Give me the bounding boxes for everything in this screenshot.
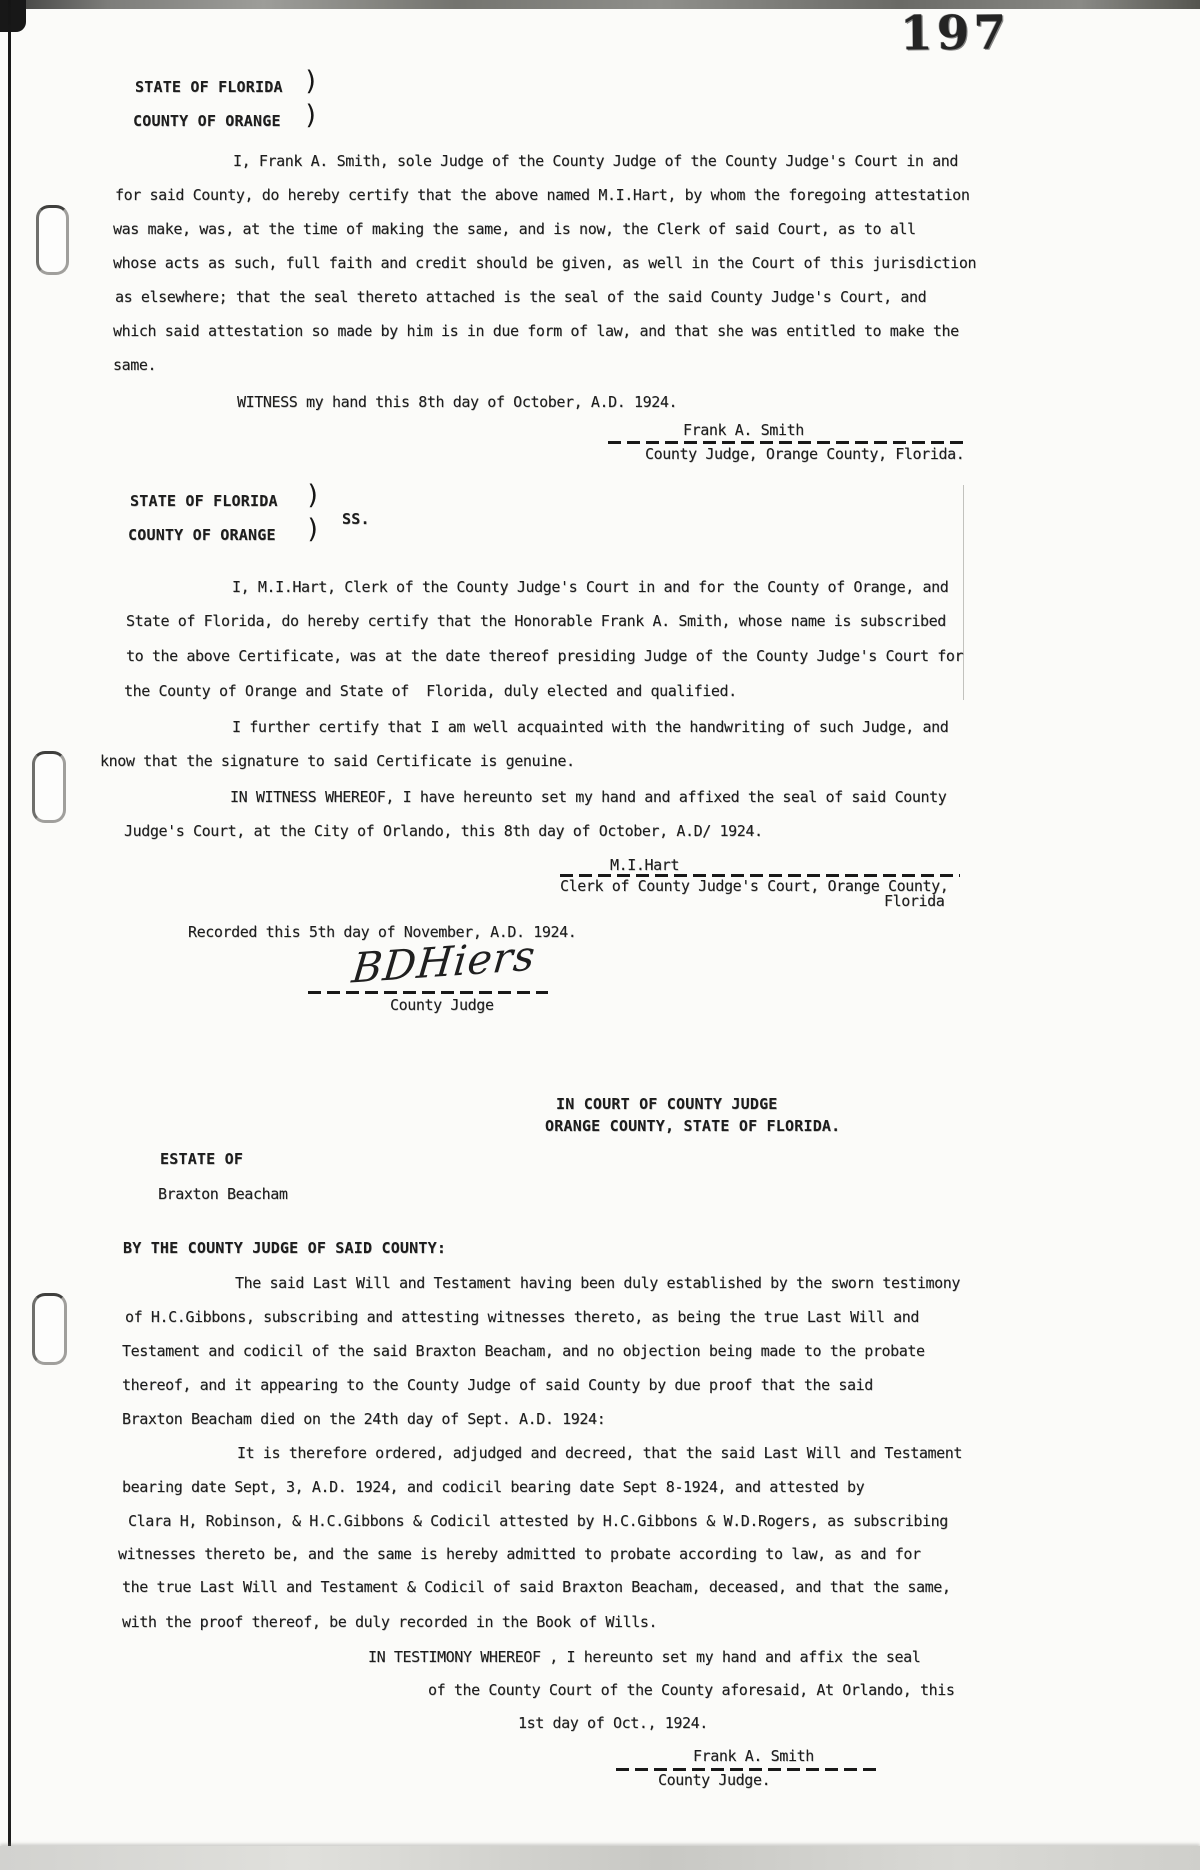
order-line: The said Last Will and Testament having … xyxy=(235,1274,960,1292)
signature-name: M.I.Hart xyxy=(610,856,679,874)
testimony-line: IN TESTIMONY WHEREOF , I hereunto set my… xyxy=(368,1648,920,1666)
order-line: with the proof thereof, be duly recorded… xyxy=(122,1613,657,1631)
venue-state-line: STATE OF FLORIDA xyxy=(130,492,278,510)
certificate-line: same. xyxy=(113,356,156,374)
certificate-line: State of Florida, do hereby certify that… xyxy=(126,612,946,630)
signature-title: Florida xyxy=(884,892,944,910)
certificate-line: I, Frank A. Smith, sole Judge of the Cou… xyxy=(233,152,958,170)
court-header-line: IN COURT OF COUNTY JUDGE xyxy=(556,1095,778,1113)
certificate-line: the County of Orange and State of Florid… xyxy=(124,682,737,700)
hole-punch xyxy=(36,205,69,275)
scan-fold-line xyxy=(963,485,964,700)
order-line: Clara H, Robinson, & H.C.Gibbons & Codic… xyxy=(128,1512,948,1530)
decedent-name: Braxton Beacham xyxy=(158,1185,287,1203)
paren-mark: ) xyxy=(303,100,319,131)
signature-name: Frank A. Smith xyxy=(693,1747,814,1765)
paren-mark: ) xyxy=(305,514,321,545)
certificate-line: IN WITNESS WHEREOF, I have hereunto set … xyxy=(230,788,946,806)
order-line: Braxton Beacham died on the 24th day of … xyxy=(122,1410,605,1428)
hole-punch xyxy=(32,1293,67,1365)
order-caption: BY THE COUNTY JUDGE OF SAID COUNTY: xyxy=(123,1239,446,1257)
scan-edge-top xyxy=(0,0,1200,9)
page-number-stamp: 197 xyxy=(900,6,1011,62)
order-line: the true Last Will and Testament & Codic… xyxy=(122,1578,951,1596)
certificate-line: for said County, do hereby certify that … xyxy=(115,186,969,204)
certificate-line: as elsewhere; that the seal thereto atta… xyxy=(115,288,926,306)
estate-label: ESTATE OF xyxy=(160,1150,243,1168)
order-line: Testament and codicil of the said Braxto… xyxy=(122,1342,925,1360)
certificate-line: which said attestation so made by him is… xyxy=(113,322,959,340)
order-line: witnesses thereto be, and the same is he… xyxy=(118,1545,921,1563)
venue-state-line: STATE OF FLORIDA xyxy=(135,78,283,96)
signature-rule xyxy=(608,441,968,444)
scan-corner-mark xyxy=(0,0,26,32)
certificate-line: was make, was, at the time of making the… xyxy=(113,220,916,238)
hole-punch xyxy=(32,751,66,823)
scan-edge-bottom xyxy=(0,1846,1200,1870)
witness-clause: WITNESS my hand this 8th day of October,… xyxy=(237,393,677,411)
certificate-line: whose acts as such, full faith and credi… xyxy=(113,254,976,272)
certificate-line: I further certify that I am well acquain… xyxy=(232,718,948,736)
venue-county-line: COUNTY OF ORANGE xyxy=(128,526,276,544)
order-line: of H.C.Gibbons, subscribing and attestin… xyxy=(125,1308,919,1326)
court-header-line: ORANGE COUNTY, STATE OF FLORIDA. xyxy=(545,1117,840,1135)
order-line: It is therefore ordered, adjudged and de… xyxy=(237,1444,962,1462)
paren-mark: ) xyxy=(305,480,321,511)
certificate-line: know that the signature to said Certific… xyxy=(100,752,575,770)
venue-county-line: COUNTY OF ORANGE xyxy=(133,112,281,130)
scan-edge-left xyxy=(8,0,11,1870)
paren-mark: ) xyxy=(303,66,319,97)
certificate-line: to the above Certificate, was at the dat… xyxy=(126,647,963,665)
signature-title: County Judge. xyxy=(658,1771,770,1789)
testimony-line: of the County Court of the County afores… xyxy=(428,1681,954,1699)
testimony-line: 1st day of Oct., 1924. xyxy=(518,1714,708,1732)
scanned-document-page: 197 STATE OF FLORIDA ) COUNTY OF ORANGE … xyxy=(0,0,1200,1870)
certificate-line: Judge's Court, at the City of Orlando, t… xyxy=(124,822,763,840)
signature-title: County Judge xyxy=(390,996,494,1014)
order-line: bearing date Sept, 3, A.D. 1924, and cod… xyxy=(122,1478,864,1496)
ss-abbreviation: SS. xyxy=(342,510,370,528)
certificate-line: I, M.I.Hart, Clerk of the County Judge's… xyxy=(232,578,948,596)
signature-title: County Judge, Orange County, Florida. xyxy=(645,445,964,463)
signature-name: Frank A. Smith xyxy=(683,421,804,439)
signature-rule xyxy=(308,991,548,994)
order-line: thereof, and it appearing to the County … xyxy=(122,1376,873,1394)
